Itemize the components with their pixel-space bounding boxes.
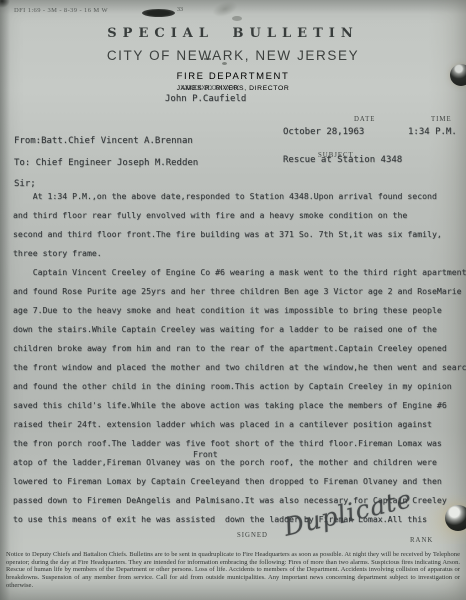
scan-corner-shadow [0, 0, 10, 8]
body-line: atop of the ladder,Fireman Olvaney was o… [13, 453, 463, 472]
body-line: children broke away from him and ran to … [13, 339, 463, 358]
director-printed-name: JAMES R. RIVERS XXXXXXXXXXXXXX [177, 85, 245, 92]
body-line: the front window and placed the mother a… [13, 358, 463, 377]
ink-blot [142, 9, 175, 17]
director-printed-suffix: , DIRECTOR [244, 85, 289, 92]
body-line: raised their 24ft. extension ladder whic… [13, 415, 463, 434]
body-line: At 1:34 P.M.,on the above date,responded… [13, 187, 463, 206]
time-value: 1:34 P.M. [408, 127, 457, 137]
body-line: second and third floor front.The fire bu… [13, 225, 463, 244]
smudge-mark [232, 16, 242, 21]
body-line: and third floor rear fully envolved with… [13, 206, 463, 225]
ink-blot-mark: 33 [177, 7, 183, 13]
overtype-strikeout: XXXXXXXXXXXXXX [175, 84, 245, 92]
body-line: age 7.Due to the heavy smoke and heat co… [13, 301, 463, 320]
time-label: TIME [431, 116, 452, 123]
director-printed-line: JAMES R. RIVERS XXXXXXXXXXXXXX , DIRECTO… [0, 85, 466, 92]
report-body: At 1:34 P.M.,on the above date,responded… [13, 187, 463, 529]
body-line: Captain Vincent Creeley of Engine Co #6 … [13, 263, 463, 282]
scanned-bulletin-page: DFI 1:69 - 3M - 8-39 - 16 M W 33 SPECIAL… [0, 0, 466, 600]
from-line: From:Batt.Chief Vincent A.Brennan [14, 136, 193, 146]
body-line: down the stairs.While Captain Creeley wa… [13, 320, 463, 339]
to-line: To: Chief Engineer Joseph M.Redden [14, 158, 198, 168]
body-line: the fron porch roof.The ladder was five … [13, 434, 463, 453]
rank-label: RANK [410, 537, 433, 544]
subject-value: Rescue at Station 4348 [283, 155, 402, 165]
interline-insertion: Front [193, 449, 218, 459]
date-value: October 28,1963 [283, 127, 364, 137]
body-line: saved this child's life.While the above … [13, 396, 463, 415]
department-heading: FIRE DEPARTMENT [0, 71, 466, 82]
body-line: and found the other child in the dining … [13, 377, 463, 396]
footer-notice: Notice to Deputy Chiefs and Battalion Ch… [6, 551, 460, 590]
city-heading: CITY OF NEWARK, NEW JERSEY [0, 48, 466, 63]
date-label: DATE [354, 116, 375, 123]
director-typed-name: John P.Caufield [165, 94, 246, 104]
body-line: three story frame. [13, 244, 463, 263]
bulletin-title: SPECIAL BULLETIN [0, 26, 466, 41]
form-code: DFI 1:69 - 3M - 8-39 - 16 M W [14, 7, 108, 14]
body-line: and found Rose Purite age 25yrs and her … [13, 282, 463, 301]
signed-label: SIGNED [237, 532, 268, 539]
